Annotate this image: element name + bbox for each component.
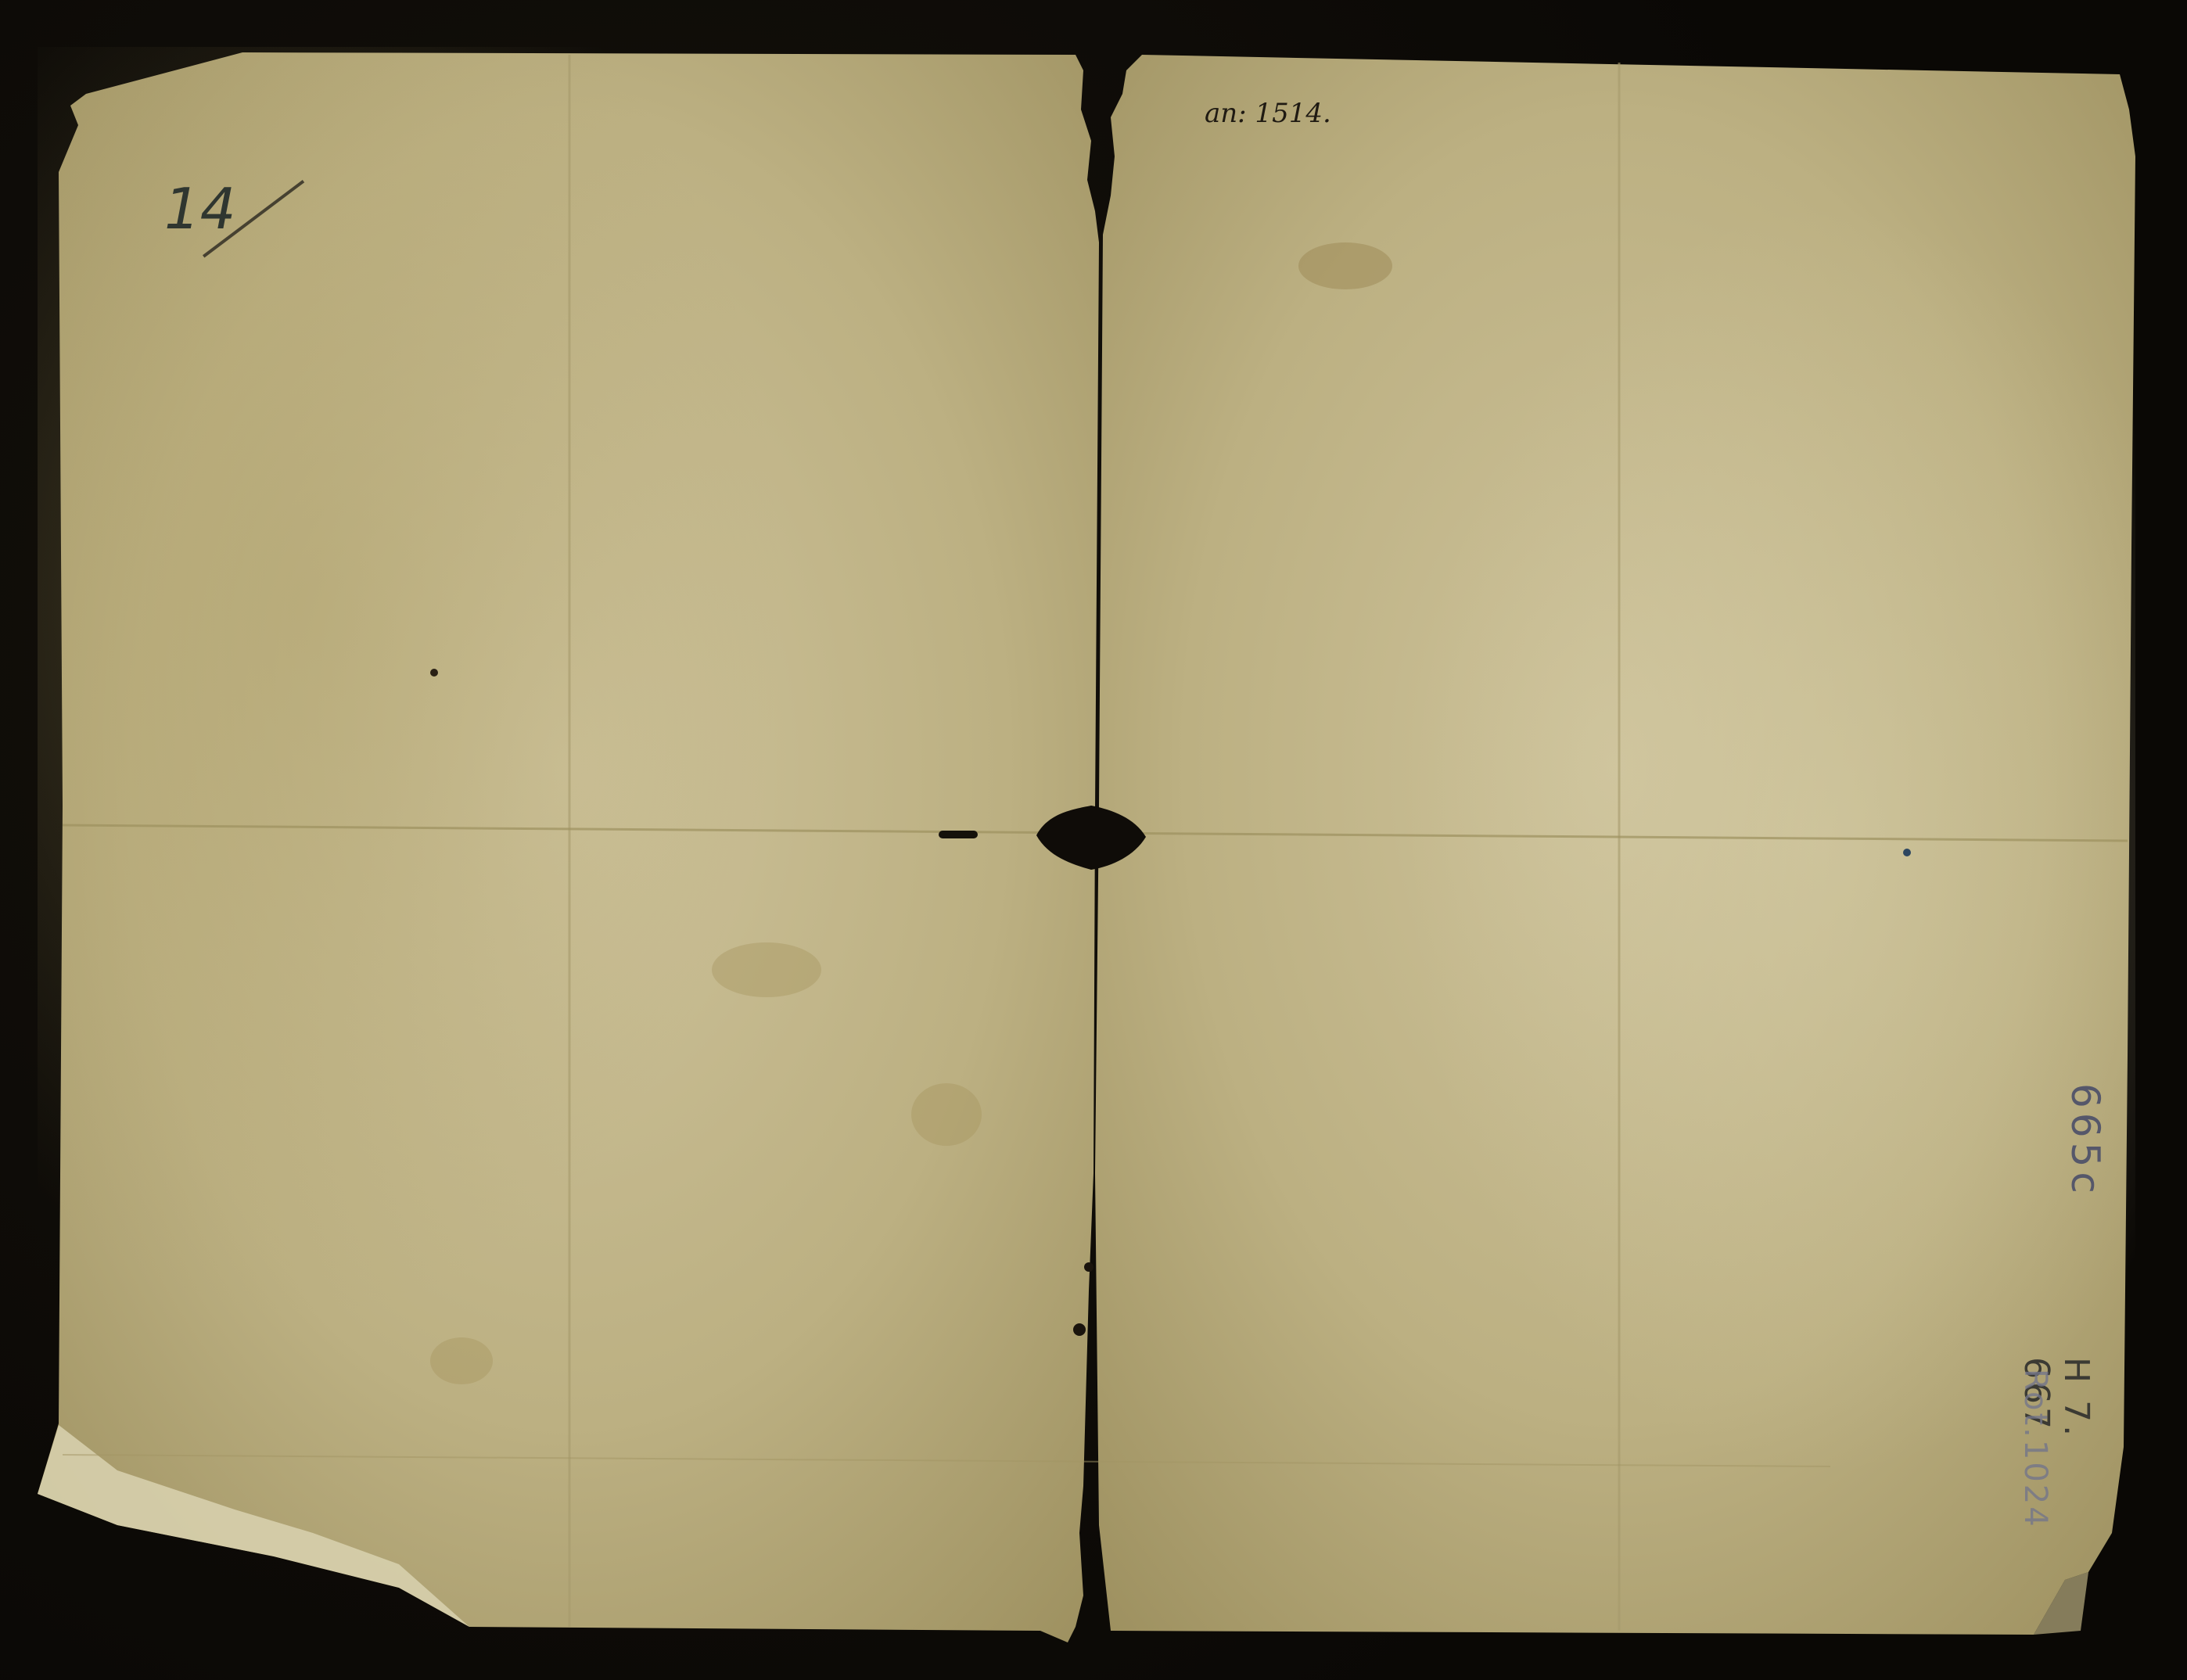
parchment-shape <box>0 0 2187 1680</box>
shelfmark-rot: Rot.1024 <box>2017 1369 2053 1529</box>
parchment-sheet <box>0 0 2187 1680</box>
shelfmark-665c: 665c <box>2063 1083 2108 1198</box>
year-annotation: an: 1514. <box>1205 98 1331 129</box>
folio-number: 14 <box>164 176 236 242</box>
